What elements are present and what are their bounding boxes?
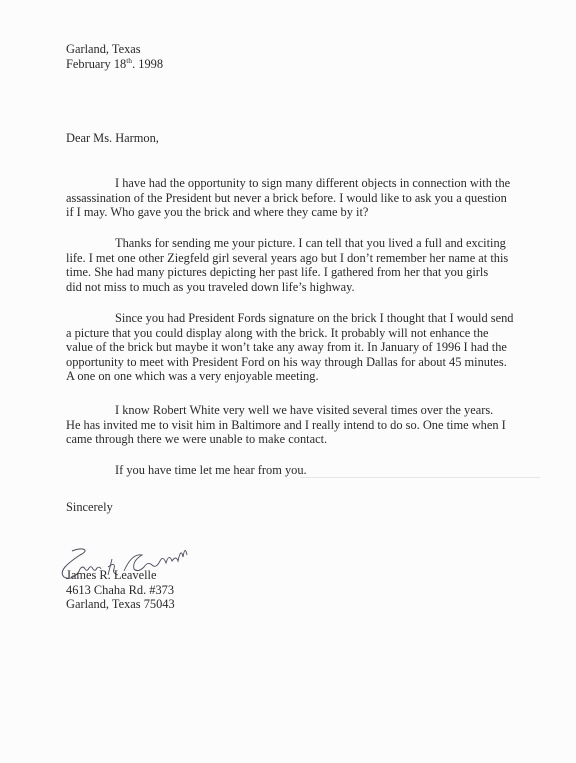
letter-place: Garland, Texas xyxy=(66,42,546,57)
letter-page: Garland, Texas February 18th. 1998 Dear … xyxy=(0,0,576,763)
paragraph-line: Since you had President Fords signature … xyxy=(66,311,546,326)
paragraph-line: He has invited me to visit him in Baltim… xyxy=(66,418,546,433)
paragraph-line: I have had the opportunity to sign many … xyxy=(66,176,546,191)
paragraph-line: value of the brick but maybe it won’t ta… xyxy=(66,340,546,355)
paragraph-4: I know Robert White very well we have vi… xyxy=(66,403,546,447)
sender-address-line-1: 4613 Chaha Rd. #373 xyxy=(66,583,546,598)
paragraph-line: did not miss to much as you traveled dow… xyxy=(66,280,546,295)
salutation-text: Dear Ms. Harmon, xyxy=(66,131,546,146)
scan-smudge xyxy=(300,477,540,478)
sender-block: James R. Leavelle 4613 Chaha Rd. #373 Ga… xyxy=(66,568,546,612)
letter-date: February 18th. 1998 xyxy=(66,57,546,72)
closing-text: Sincerely xyxy=(66,500,546,515)
sender-name: James R. Leavelle xyxy=(66,568,546,583)
paragraph-line: if I may. Who gave you the brick and whe… xyxy=(66,205,546,220)
paragraph-line: assassination of the President but never… xyxy=(66,191,546,206)
paragraph-line: came through there we were unable to mak… xyxy=(66,432,546,447)
paragraph-line: life. I met one other Ziegfeld girl seve… xyxy=(66,251,546,266)
salutation: Dear Ms. Harmon, xyxy=(66,131,546,146)
paragraph-3: Since you had President Fords signature … xyxy=(66,311,546,384)
paragraph-line: A one on one which was a very enjoyable … xyxy=(66,369,546,384)
date-month: February 18 xyxy=(66,57,126,71)
date-year: . 1998 xyxy=(132,57,163,71)
letter-header: Garland, Texas February 18th. 1998 xyxy=(66,42,546,71)
paragraph-line: a picture that you could display along w… xyxy=(66,326,546,341)
paragraph-line: opportunity to meet with President Ford … xyxy=(66,355,546,370)
paragraph-line: time. She had many pictures depicting he… xyxy=(66,265,546,280)
sender-address-line-2: Garland, Texas 75043 xyxy=(66,597,546,612)
paragraph-2: Thanks for sending me your picture. I ca… xyxy=(66,236,546,294)
paragraph-line: I know Robert White very well we have vi… xyxy=(66,403,546,418)
paragraph-line: If you have time let me hear from you. xyxy=(66,463,546,478)
closing: Sincerely xyxy=(66,500,546,515)
paragraph-5: If you have time let me hear from you. xyxy=(66,463,546,478)
paragraph-1: I have had the opportunity to sign many … xyxy=(66,176,546,220)
paragraph-line: Thanks for sending me your picture. I ca… xyxy=(66,236,546,251)
